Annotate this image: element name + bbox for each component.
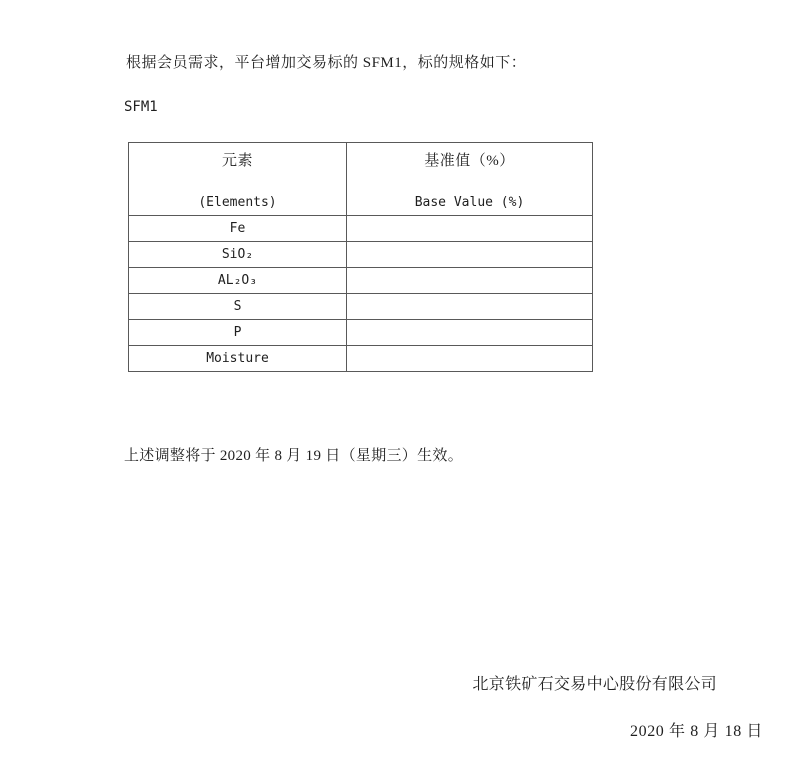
header-elements-zh: 元素 [129,149,346,170]
element-cell: SiO₂ [129,242,347,268]
table-row: AL₂O₃ [129,268,593,294]
effective-date-note: 上述调整将于 2020 年 8 月 19 日（星期三）生效。 [124,444,463,465]
element-cell: S [129,294,347,320]
header-cell-elements: 元素 (Elements) [129,143,347,216]
base-value-cell [347,346,593,372]
table-row: P [129,320,593,346]
header-base-value-en: Base Value (%) [347,195,592,210]
intro-paragraph: 根据会员需求，平台增加交易标的 SFM1，标的规格如下： [126,51,526,72]
table-header-row: 元素 (Elements) 基准值（%） Base Value (%) [129,143,593,216]
issue-date: 2020 年 8 月 18 日 [630,718,763,741]
product-label: SFM1 [124,99,158,115]
spec-table: 元素 (Elements) 基准值（%） Base Value (%) Fe S… [128,142,593,372]
table-row: SiO₂ [129,242,593,268]
header-base-value-zh: 基准值（%） [347,149,592,170]
element-cell: AL₂O₃ [129,268,347,294]
base-value-cell [347,216,593,242]
element-cell: Fe [129,216,347,242]
company-signature: 北京铁矿石交易中心股份有限公司 [472,671,717,694]
table-row: Fe [129,216,593,242]
header-cell-base-value: 基准值（%） Base Value (%) [347,143,593,216]
element-cell: Moisture [129,346,347,372]
base-value-cell [347,320,593,346]
base-value-cell [347,242,593,268]
element-cell: P [129,320,347,346]
base-value-cell [347,294,593,320]
base-value-cell [347,268,593,294]
header-elements-en: (Elements) [129,195,346,210]
table-row: S [129,294,593,320]
table-row: Moisture [129,346,593,372]
document-page: 根据会员需求，平台增加交易标的 SFM1，标的规格如下： SFM1 元素 (El… [0,0,800,769]
